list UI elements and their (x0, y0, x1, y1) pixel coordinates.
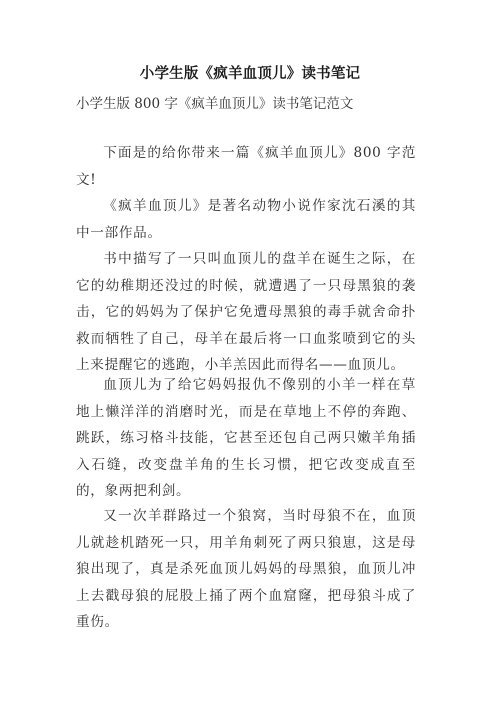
paragraph-intro: 下面是的给你带来一篇《疯羊血顶儿》800 字范文! (76, 140, 416, 193)
document-title: 小学生版《疯羊血顶儿》读书笔记 (0, 62, 500, 83)
paragraph-revenge: 又一次羊群路过一个狼窝，当时母狼不在，血顶儿就趁机踏死一只，用羊角刺死了两只狼崽… (76, 503, 416, 636)
document-subtitle: 小学生版 800 字《疯羊血顶儿》读书笔记范文 (76, 92, 353, 112)
paragraph-origin: 书中描写了一只叫血顶儿的盘羊在诞生之际，在它的幼稚期还没过的时候，就遭遇了一只母… (76, 246, 416, 379)
paragraph-training: 血顶儿为了给它妈妈报仇不像别的小羊一样在草地上懒洋洋的消磨时光，而是在草地上不停… (76, 372, 416, 505)
paragraph-author: 《疯羊血顶儿》是著名动物小说作家沈石溪的其中一部作品。 (76, 193, 416, 246)
